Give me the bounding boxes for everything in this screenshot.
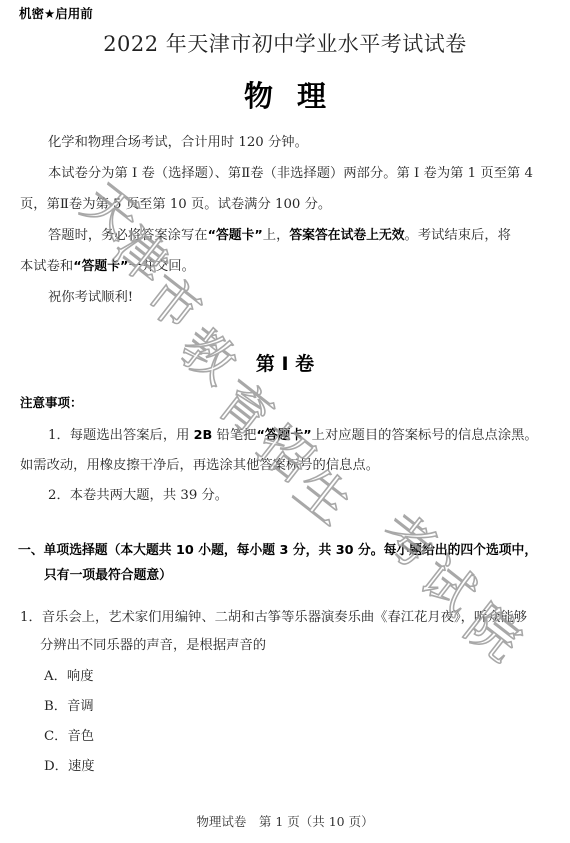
intro-line-4-pre: 本试卷和 [20, 259, 73, 274]
watermark-char: 津 [100, 207, 187, 298]
notice-heading: 注意事项： [20, 393, 83, 411]
intro-line-5: 祝你考试顺利! [48, 286, 133, 305]
watermark-char: 考 [367, 492, 454, 583]
intro-line-2a: 本试卷分为第 I 卷（选择题）、第Ⅱ卷（非选择题）两部分。第 I 卷为第 1 页… [48, 162, 533, 181]
section-1-heading-line-1: 一、单项选择题（本大题共 10 小题，每小题 3 分，共 30 分。每小题给出的… [18, 539, 537, 558]
subject-title: 物理 [0, 74, 570, 115]
invalid-answer-warning: 答案答在试卷上无效 [289, 228, 404, 243]
intro-line-3-mid: 上， [263, 228, 290, 243]
answer-card-term: “答题卡” [73, 259, 128, 274]
confidential-mark: 机密★启用前 [19, 4, 93, 22]
intro-line-4: 本试卷和“答题卡”一并交回。 [20, 255, 195, 274]
option-b: B．音调 [44, 695, 94, 714]
exam-title: 2022 年天津市初中学业水平考试试卷 [0, 28, 570, 58]
pencil-grade: 2B [194, 428, 213, 443]
notice-item-1-pre: 1．每题选出答案后，用 [48, 428, 194, 443]
notice-item-1-cont: 如需改动，用橡皮擦干净后，再选涂其他答案标号的信息点。 [20, 454, 379, 473]
notice-item-2: 2．本卷共两大题，共 39 分。 [48, 484, 228, 503]
notice-item-1-post: 上对应题目的答案标号的信息点涂黑。 [312, 428, 538, 443]
option-label: C． [44, 729, 67, 744]
option-text: 音调 [67, 699, 94, 714]
question-1-stem-line-2: 分辨出不同乐器的声音，是根据声音的 [40, 634, 266, 653]
intro-line-3-post: 。考试结束后，将 [405, 228, 511, 243]
option-label: A． [44, 669, 67, 684]
option-text: 速度 [68, 759, 95, 774]
watermark: 天 津 市 教 育 招 生 考 试 院 [0, 0, 570, 843]
intro-line-4-post: 一并交回。 [128, 259, 194, 274]
notice-item-1-mid: 铅笔把 [212, 428, 256, 443]
intro-line-3: 答题时，务必将答案涂写在“答题卡”上，答案答在试卷上无效。考试结束后，将 [48, 224, 511, 243]
answer-card-term: “答题卡” [208, 228, 263, 243]
intro-line-1: 化学和物理合场考试，合计用时 120 分钟。 [48, 131, 308, 150]
watermark-char: 院 [452, 584, 539, 675]
option-a: A．响度 [44, 665, 94, 684]
intro-line-3-pre: 答题时，务必将答案涂写在 [48, 228, 208, 243]
page-footer: 物理试卷 第 1 页（共 10 页） [0, 812, 570, 830]
option-text: 响度 [67, 669, 94, 684]
intro-line-2b: 页，第Ⅱ卷为第 5 页至第 10 页。试卷满分 100 分。 [20, 193, 331, 212]
option-label: B． [44, 699, 67, 714]
option-label: D． [44, 759, 68, 774]
volume-title: 第 I 卷 [0, 349, 570, 376]
option-d: D．速度 [44, 755, 95, 774]
notice-item-1: 1．每题选出答案后，用 2B 铅笔把“答题卡”上对应题目的答案标号的信息点涂黑。 [48, 424, 538, 443]
question-1-stem-line-1: 1．音乐会上，艺术家们用编钟、二胡和古筝等乐器演奏乐曲《春江花月夜》，听众能够 [20, 606, 527, 625]
option-c: C．音色 [44, 725, 94, 744]
watermark-char: 招 [244, 404, 331, 495]
option-text: 音色 [67, 729, 94, 744]
answer-card-term: “答题卡” [256, 428, 311, 443]
section-1-heading-line-2: 只有一项最符合题意） [44, 564, 172, 583]
